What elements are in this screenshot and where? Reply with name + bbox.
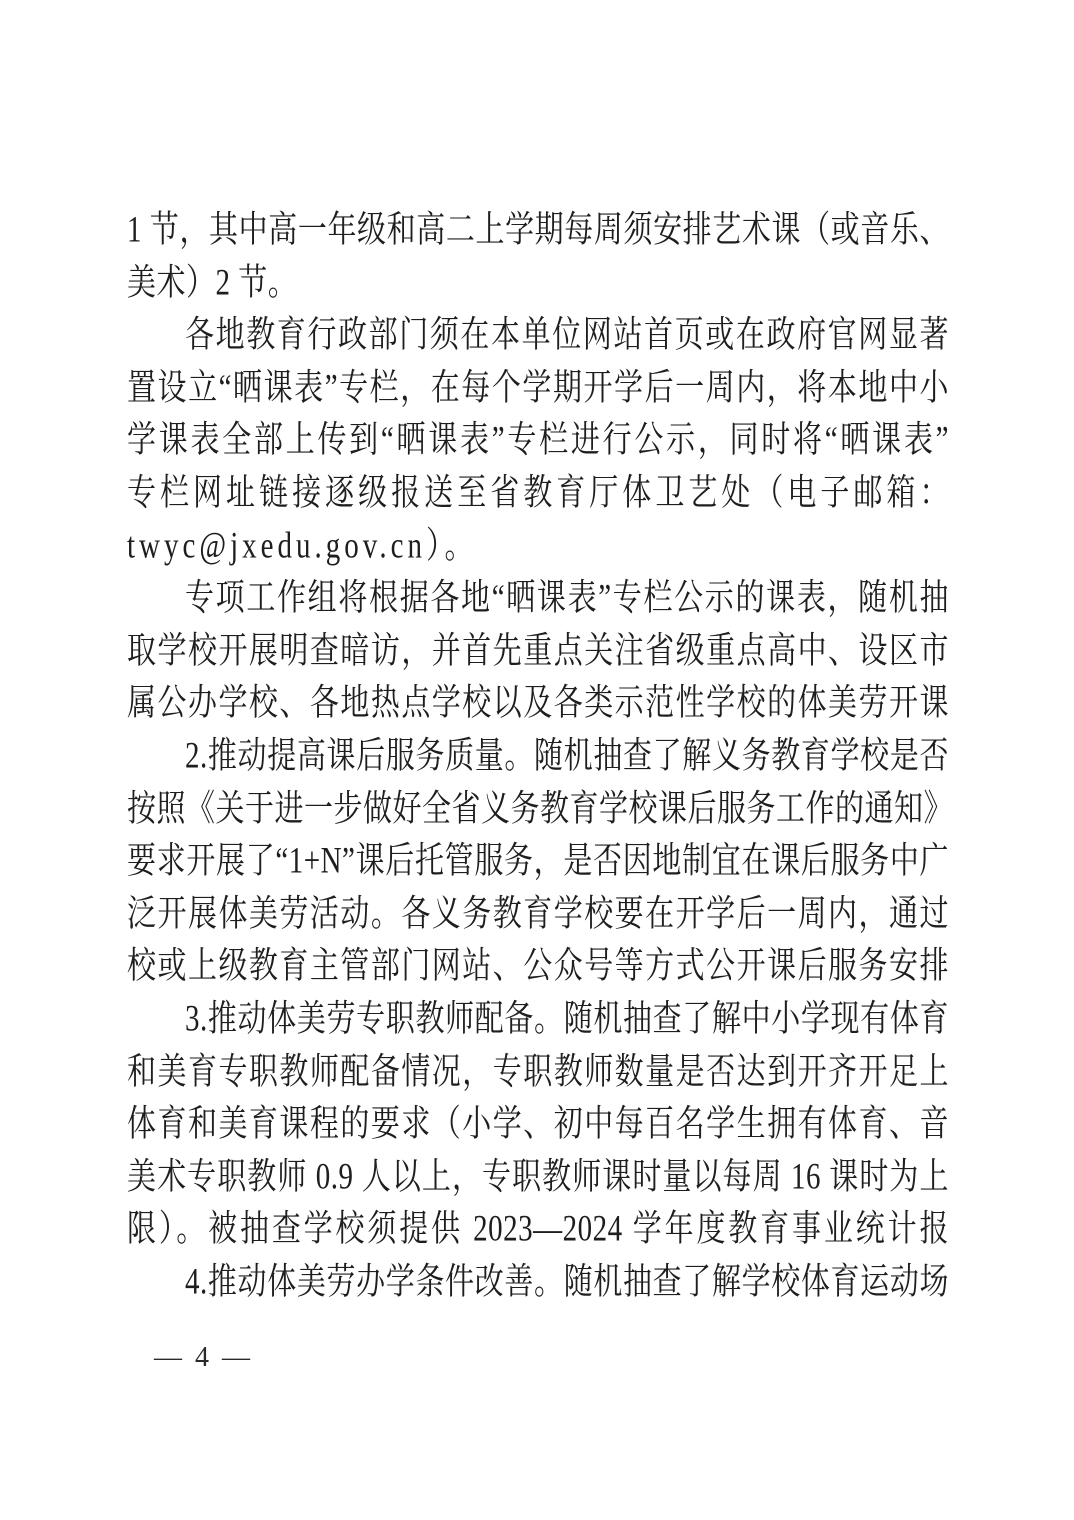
document-body: 1 节，其中高一年级和高二上学期每周须安排艺术课（或音乐、美术）2 节。各地教育… bbox=[127, 204, 949, 1308]
text-line: 4.推动体美劳办学条件改善。随机抽查了解学校体育运动场 bbox=[127, 1249, 949, 1315]
scanned-document-page: { "colors": { "paper": "#ffffff", "ink":… bbox=[0, 0, 1074, 1520]
page-number: — 4 — bbox=[154, 1338, 253, 1378]
document-sheet: 1 节，其中高一年级和高二上学期每周须安排艺术课（或音乐、美术）2 节。各地教育… bbox=[0, 0, 1074, 1520]
